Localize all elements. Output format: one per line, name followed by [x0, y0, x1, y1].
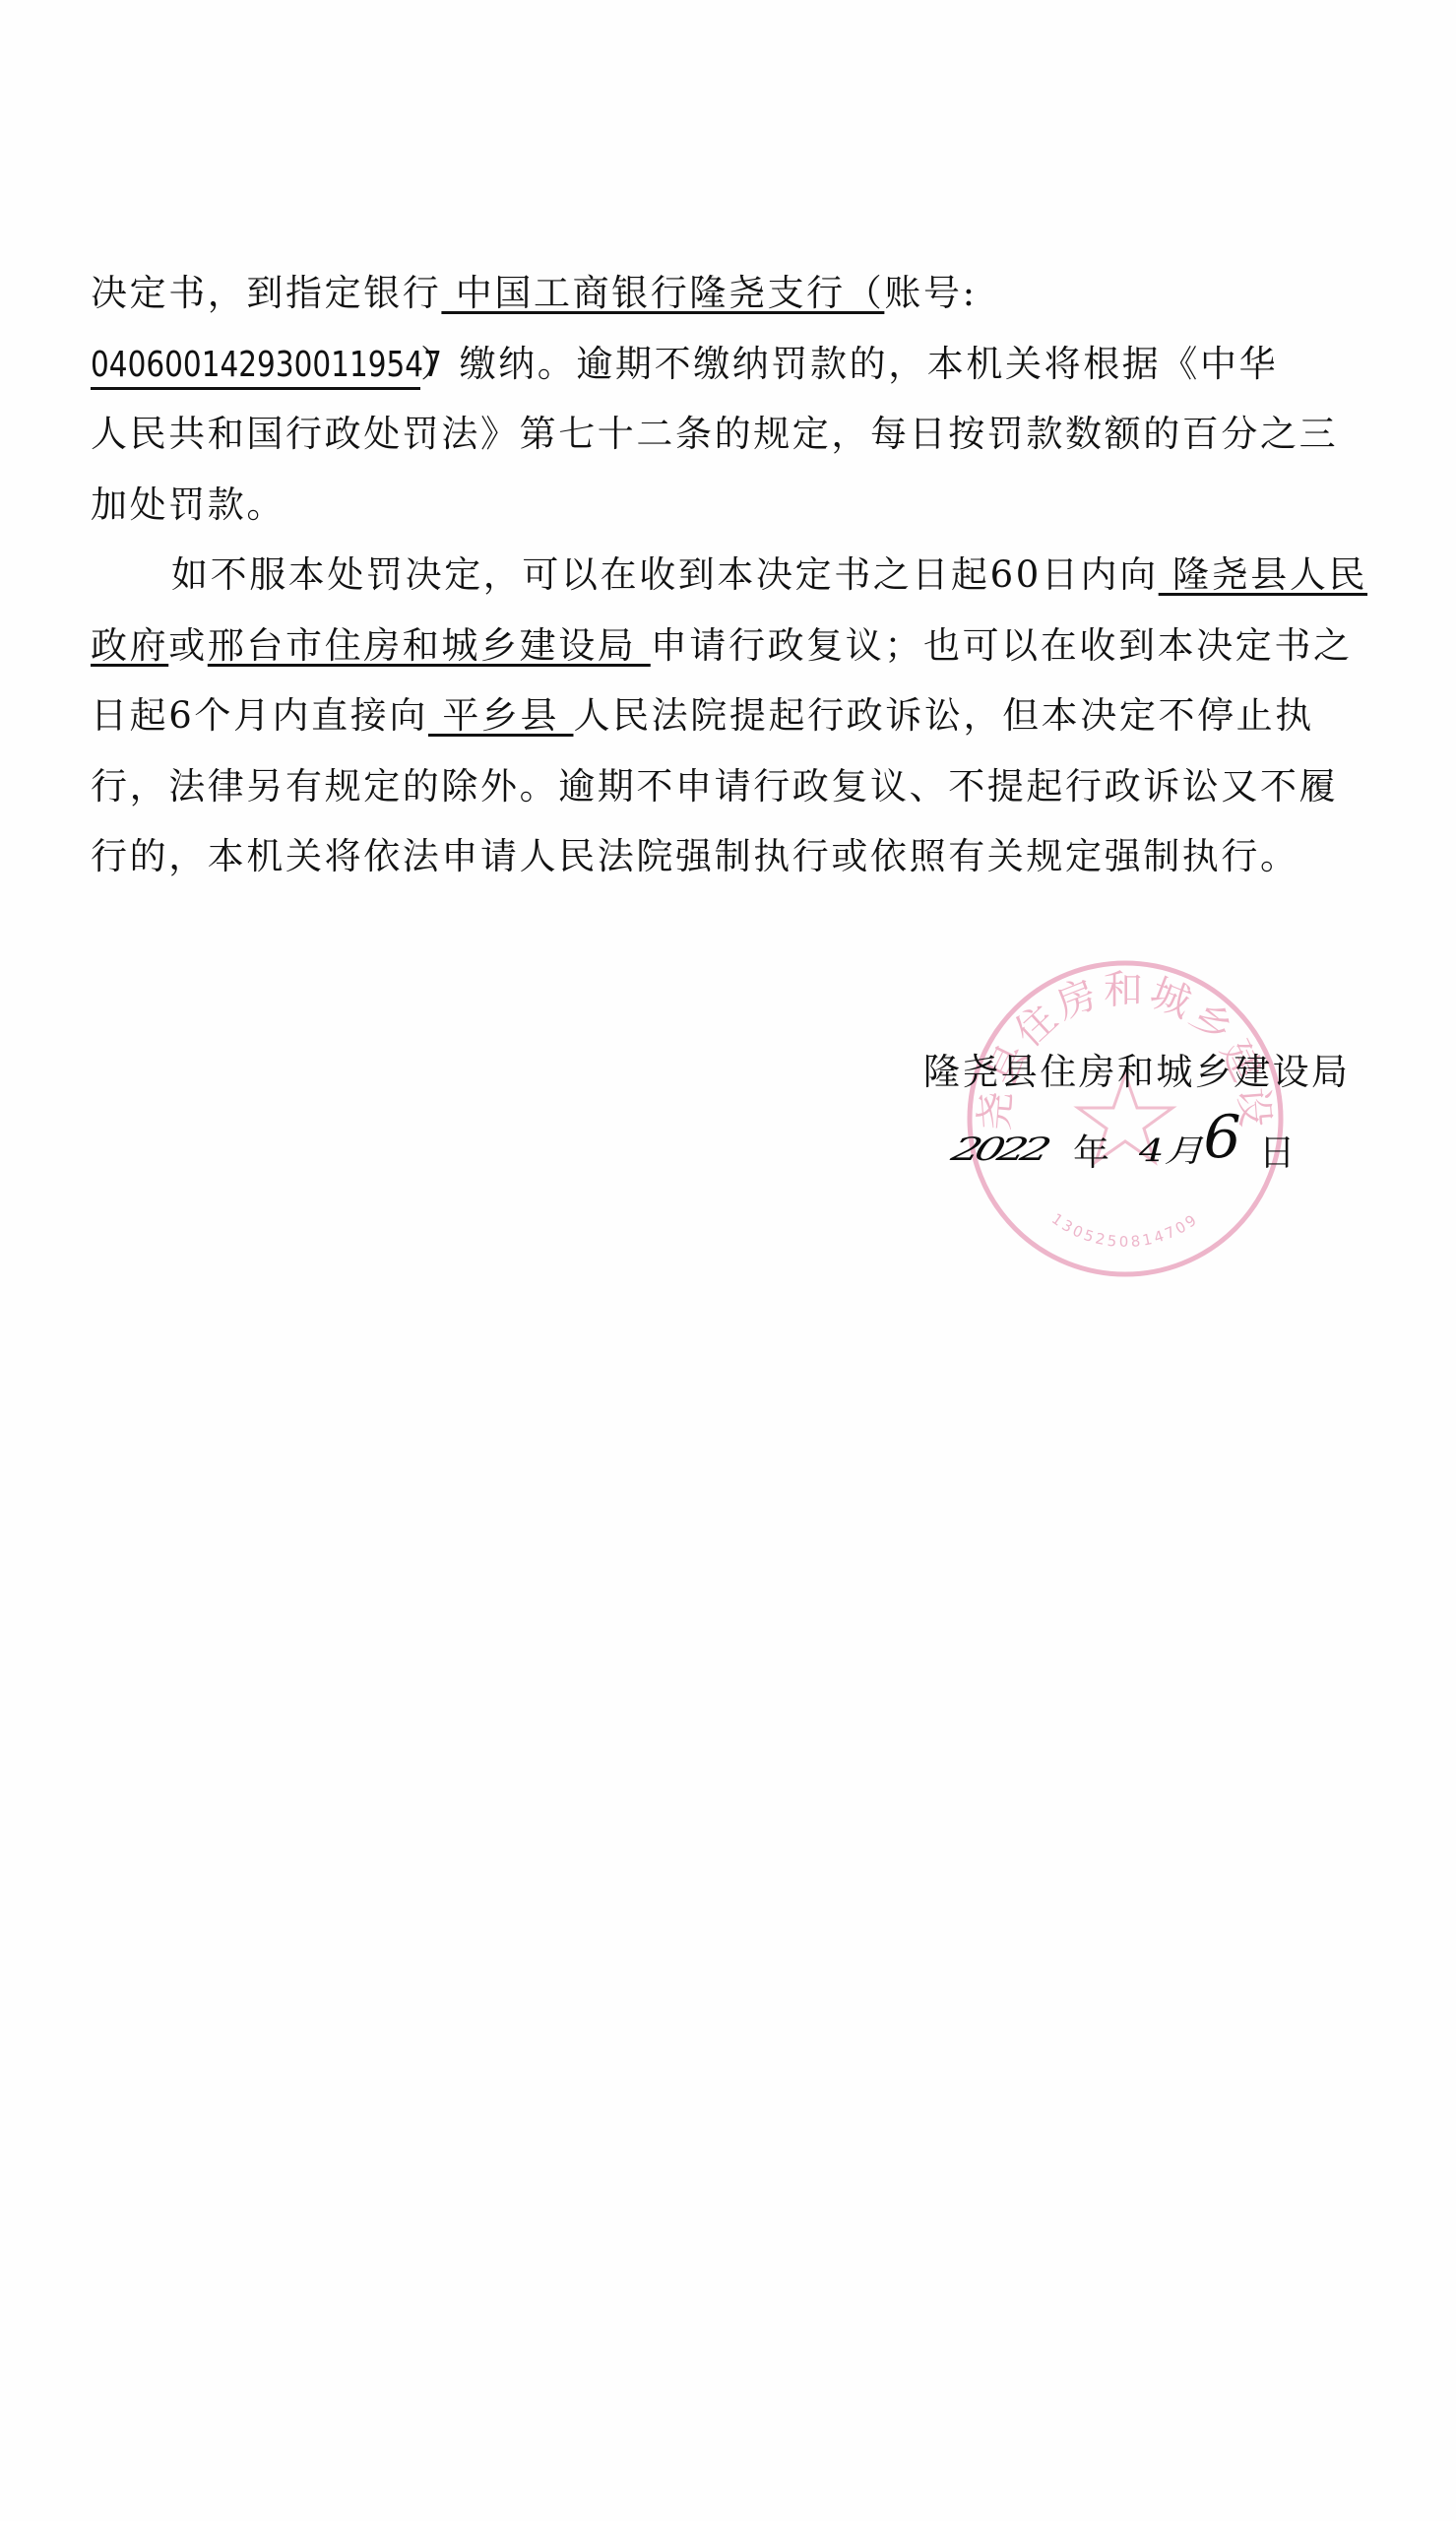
text-segment: 日起6个月内直接向	[91, 694, 428, 737]
review-authority-underlined: 隆尧县人民	[1159, 553, 1367, 596]
account-number: 0406001429300119547	[91, 344, 442, 387]
paragraph-1-line-3: 人民共和国行政处罚法》第七十二条的规定，每日按罚款数额的百分之三	[91, 399, 1361, 470]
paragraph-2-line-1: 如不服本处罚决定，可以在收到本决定书之日起60日内向 隆尧县人民	[91, 540, 1361, 611]
paragraph-1-line-4: 加处罚款。	[91, 470, 1361, 541]
alt-review-authority-underlined: 邢台市住房和城乡建设局	[208, 624, 651, 667]
paragraph-2-line-4: 行，法律另有规定的除外。逾期不申请行政复议、不提起行政诉讼又不履	[91, 751, 1361, 822]
paragraph-2-line-2: 政府或邢台市住房和城乡建设局 申请行政复议；也可以在收到本决定书之	[91, 611, 1361, 681]
handwritten-year: 2022	[947, 1131, 1078, 1168]
document-page: 决定书，到指定银行 中国工商银行隆尧支行（账号: 040600142930011…	[0, 0, 1456, 2521]
text-segment: 决定书，到指定银行	[91, 272, 441, 314]
account-number-underlined: 0406001429300119547	[91, 343, 420, 390]
document-body: 决定书，到指定银行 中国工商银行隆尧支行（账号: 040600142930011…	[91, 258, 1361, 892]
text-segment: 人民法院提起行政诉讼，但本决定不停止执	[573, 694, 1313, 737]
bank-name-underlined: 中国工商银行隆尧支行（	[441, 272, 884, 314]
paragraph-1-line-2: 0406001429300119547）缴纳。逾期不缴纳罚款的，本机关将根据《中…	[91, 329, 1361, 400]
paragraph-1-line-1: 决定书，到指定银行 中国工商银行隆尧支行（账号:	[91, 258, 1361, 329]
day-unit: 日	[1259, 1131, 1296, 1174]
court-county-underlined: 平乡县	[428, 694, 574, 737]
issue-date: 2022年4月6日	[953, 1111, 1296, 1180]
svg-text:1305250814709: 1305250814709	[1048, 1209, 1202, 1251]
handwritten-day: 6	[1203, 1103, 1240, 1172]
text-segment: ）缴纳。逾期不缴纳罚款的，本机关将根据《中华	[420, 343, 1278, 385]
text-segment: 申请行政复议；也可以在收到本决定书之	[651, 624, 1353, 667]
text-segment: 如不服本处罚决定，可以在收到本决定书之日起60日内向	[171, 553, 1159, 596]
paragraph-2-line-3: 日起6个月内直接向 平乡县 人民法院提起行政诉讼，但本决定不停止执	[91, 680, 1361, 751]
year-unit: 年	[1073, 1131, 1109, 1174]
review-authority-underlined-cont: 政府	[91, 624, 168, 667]
paragraph-2-line-5: 行的，本机关将依法申请人民法院强制执行或依照有关规定强制执行。	[91, 821, 1361, 892]
handwritten-month: 4月	[1139, 1127, 1203, 1172]
text-segment: 账号:	[884, 272, 977, 314]
issuing-authority: 隆尧县住房和城乡建设局	[923, 1042, 1350, 1095]
text-segment: 或	[168, 624, 208, 667]
